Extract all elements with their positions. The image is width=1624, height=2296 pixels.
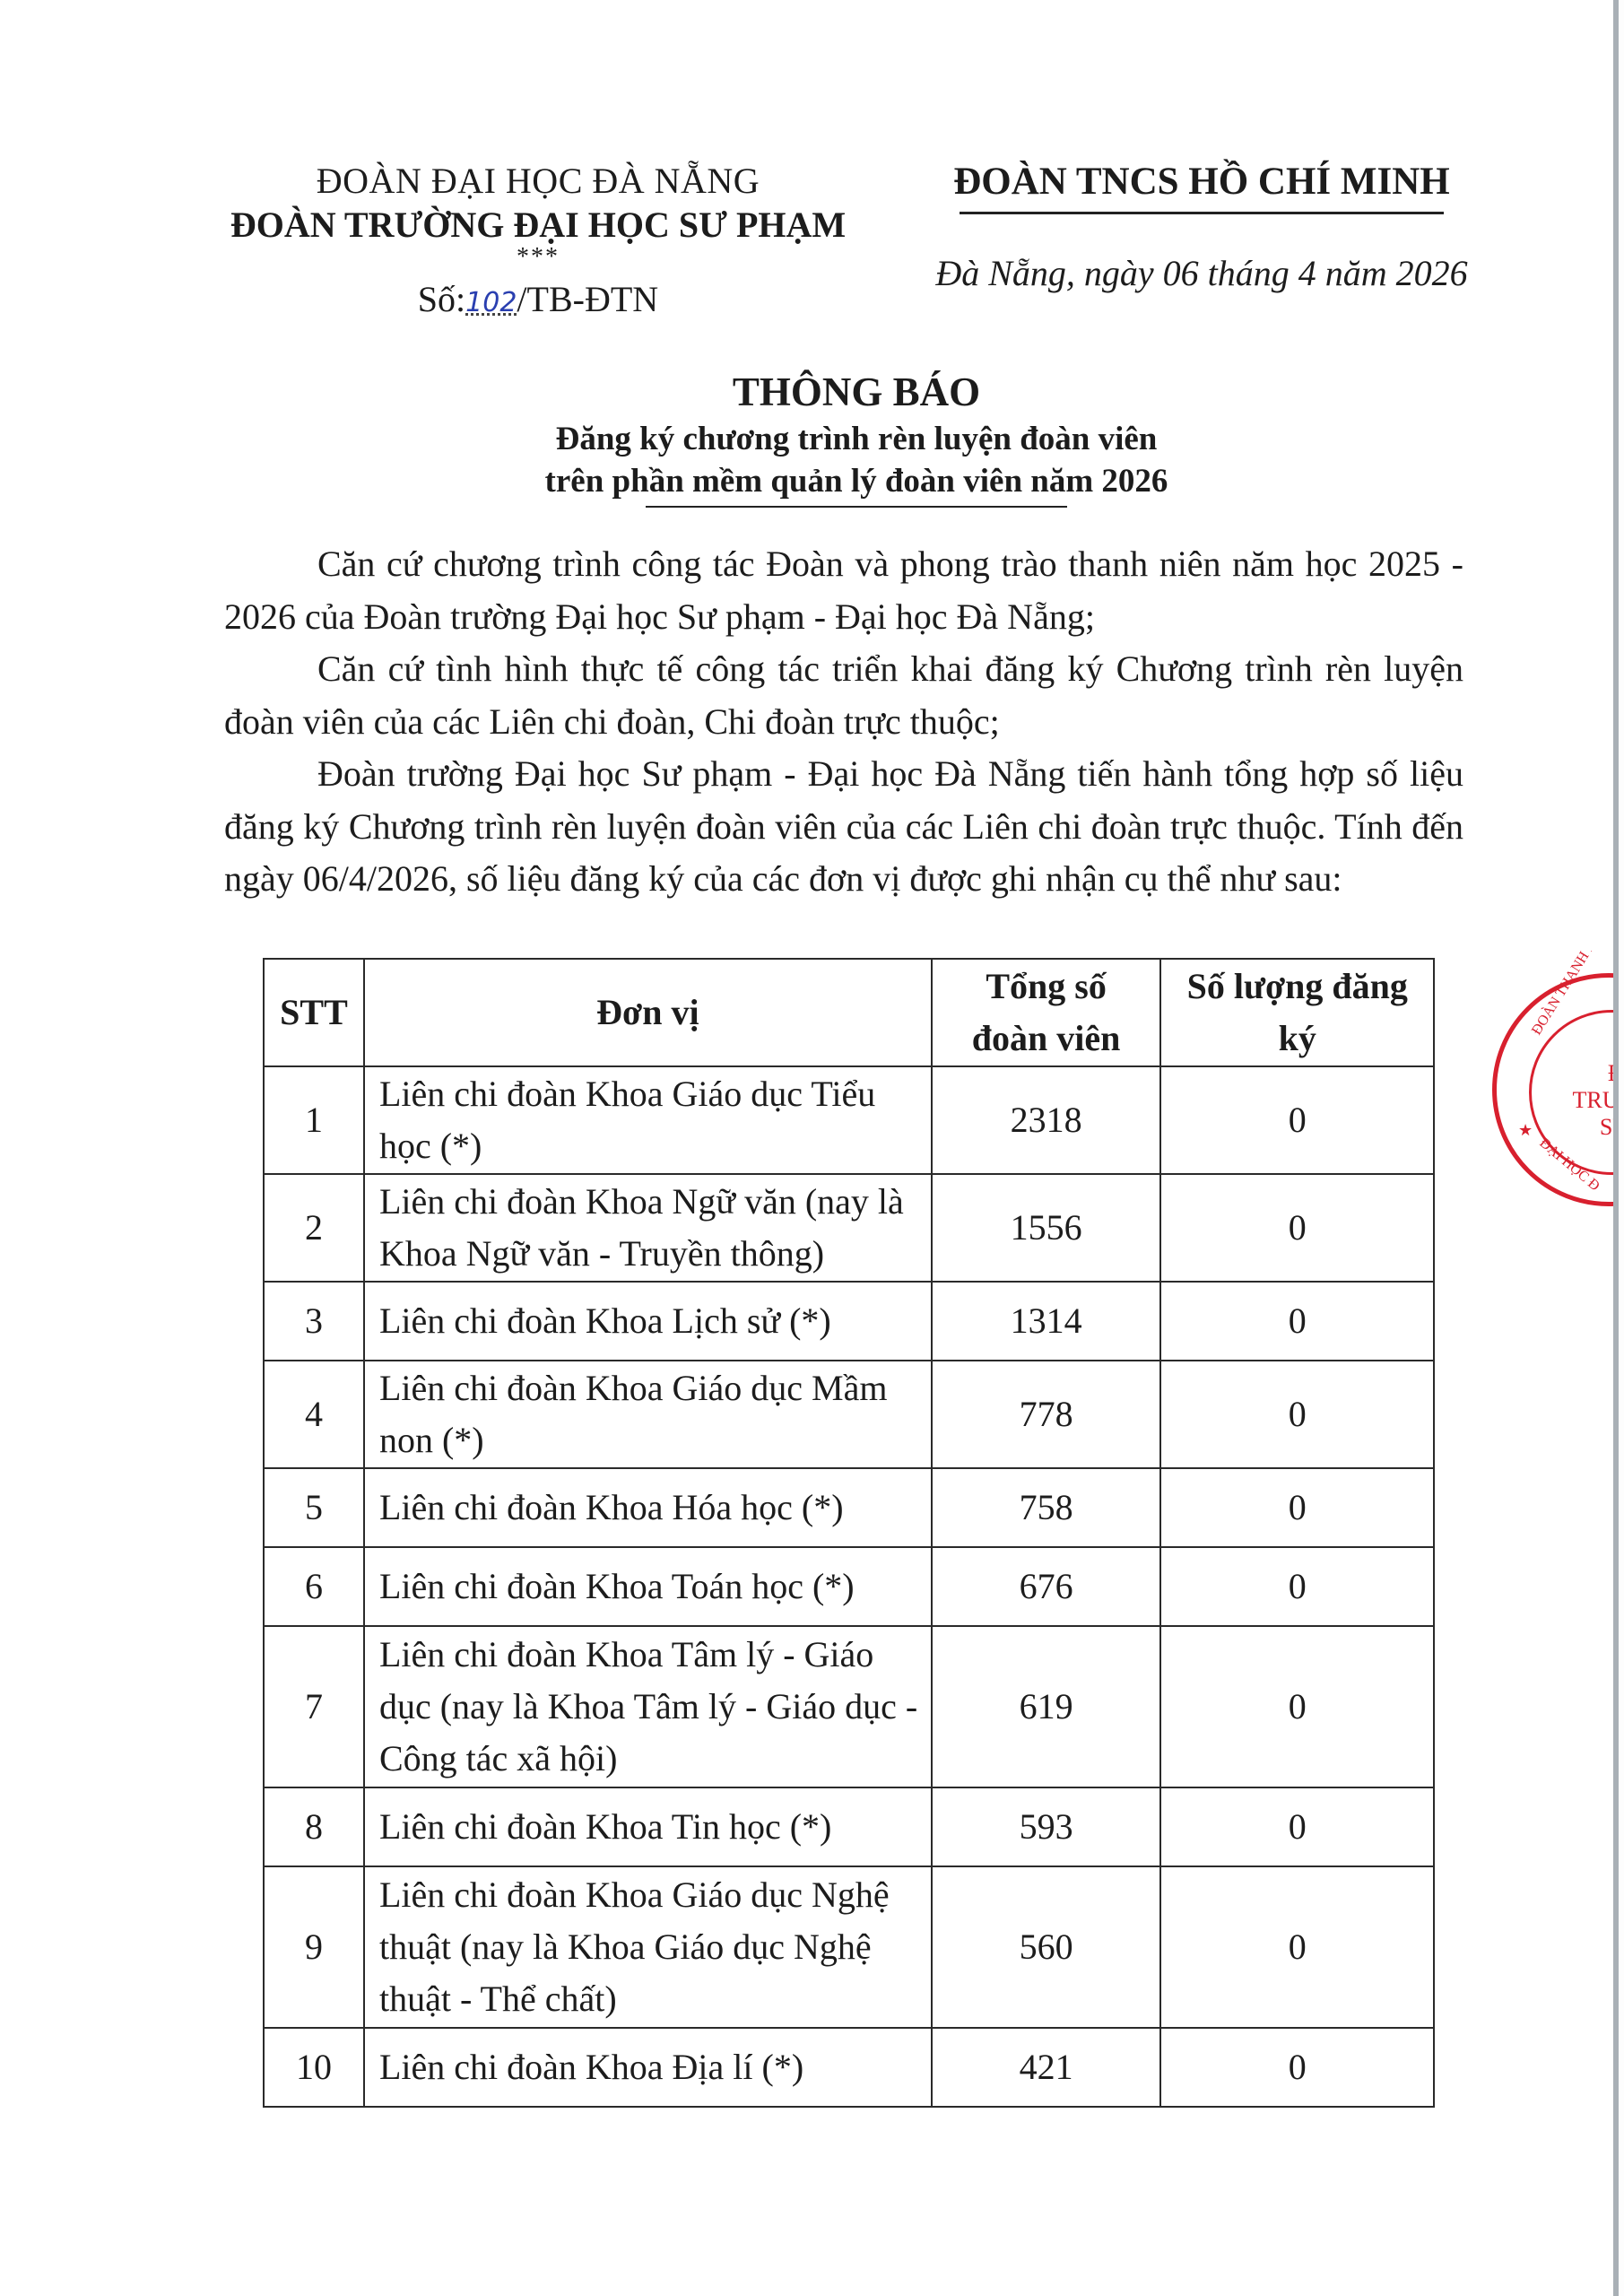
- doc-number-suffix: /TB-ĐTN: [517, 279, 658, 319]
- cell-unit: Liên chi đoàn Khoa Ngữ văn (nay là Khoa …: [364, 1174, 932, 1282]
- cell-unit: Liên chi đoàn Khoa Tin học (*): [364, 1787, 932, 1866]
- title-underline: [646, 506, 1067, 508]
- registration-table: STT Đơn vị Tổng số đoàn viên Số lượng đă…: [263, 958, 1435, 2108]
- cell-registered: 0: [1160, 1282, 1434, 1361]
- document-number: Số:102/TB-ĐTN: [206, 276, 870, 326]
- cell-total: 778: [932, 1361, 1161, 1468]
- cell-stt: 8: [264, 1787, 364, 1866]
- cell-stt: 6: [264, 1547, 364, 1626]
- seal-star-icon: ★: [1518, 1121, 1533, 1140]
- cell-registered: 0: [1160, 1361, 1434, 1468]
- cell-unit: Liên chi đoàn Khoa Giáo dục Mầm non (*): [364, 1361, 932, 1468]
- cell-stt: 1: [264, 1066, 364, 1174]
- organization-name: ĐOÀN TRƯỜNG ĐẠI HỌC SƯ PHẠM: [206, 203, 870, 248]
- cell-unit: Liên chi đoàn Khoa Lịch sử (*): [364, 1282, 932, 1361]
- cell-registered: 0: [1160, 1468, 1434, 1547]
- cell-stt: 10: [264, 2028, 364, 2107]
- table-header-row: STT Đơn vị Tổng số đoàn viên Số lượng đă…: [264, 959, 1434, 1066]
- cell-unit: Liên chi đoàn Khoa Toán học (*): [364, 1547, 932, 1626]
- header-total-members: Tổng số đoàn viên: [932, 959, 1161, 1066]
- parent-organization: ĐOÀN ĐẠI HỌC ĐÀ NẴNG: [206, 160, 870, 203]
- title-block: THÔNG BÁO Đăng ký chương trình rèn luyện…: [206, 366, 1507, 508]
- table-row: 5 Liên chi đoàn Khoa Hóa học (*) 758 0: [264, 1468, 1434, 1547]
- cell-stt: 2: [264, 1174, 364, 1282]
- doc-number-handwritten: 102: [465, 287, 517, 318]
- cell-stt: 9: [264, 1866, 364, 2028]
- cell-stt: 5: [264, 1468, 364, 1547]
- cell-stt: 4: [264, 1361, 364, 1468]
- header-stt: STT: [264, 959, 364, 1066]
- cell-unit: Liên chi đoàn Khoa Hóa học (*): [364, 1468, 932, 1547]
- header-unit: Đơn vị: [364, 959, 932, 1066]
- cell-registered: 0: [1160, 1626, 1434, 1787]
- doc-number-prefix: Số:: [418, 279, 465, 319]
- cell-registered: 0: [1160, 2028, 1434, 2107]
- document-subtitle-line1: Đăng ký chương trình rèn luyện đoàn viên: [206, 418, 1507, 460]
- cell-total: 676: [932, 1547, 1161, 1626]
- paragraph: Căn cứ chương trình công tác Đoàn và pho…: [224, 538, 1463, 643]
- seal-center-text: BC ĐOÀ TRƯỜNG Đ SƯ PH: [1543, 1033, 1613, 1141]
- cell-unit: Liên chi đoàn Khoa Địa lí (*): [364, 2028, 932, 2107]
- table-row: 10 Liên chi đoàn Khoa Địa lí (*) 421 0: [264, 2028, 1434, 2107]
- cell-total: 421: [932, 2028, 1161, 2107]
- party-name: ĐOÀN TNCS HỒ CHÍ MINH: [906, 160, 1498, 204]
- document-title: THÔNG BÁO: [206, 366, 1507, 418]
- date-line: Đà Nẵng, ngày 06 tháng 4 năm 2026: [906, 252, 1498, 295]
- table-row: 1 Liên chi đoàn Khoa Giáo dục Tiểu học (…: [264, 1066, 1434, 1174]
- cell-total: 619: [932, 1626, 1161, 1787]
- table-row: 6 Liên chi đoàn Khoa Toán học (*) 676 0: [264, 1547, 1434, 1626]
- cell-registered: 0: [1160, 1787, 1434, 1866]
- cell-unit: Liên chi đoàn Khoa Giáo dục Tiểu học (*): [364, 1066, 932, 1174]
- cell-total: 1314: [932, 1282, 1161, 1361]
- cell-stt: 7: [264, 1626, 364, 1787]
- seal-line: TRƯỜNG Đ: [1543, 1087, 1613, 1114]
- seal-line: BC: [1543, 1033, 1613, 1060]
- official-seal-stamp: ĐOÀN THANH NIÊN CỘ ★ ĐẠI HỌC Đ BC ĐOÀ TR…: [1492, 973, 1613, 1206]
- cell-registered: 0: [1160, 1174, 1434, 1282]
- seal-line: SƯ PH: [1543, 1114, 1613, 1141]
- table-row: 2 Liên chi đoàn Khoa Ngữ văn (nay là Kho…: [264, 1174, 1434, 1282]
- table-row: 3 Liên chi đoàn Khoa Lịch sử (*) 1314 0: [264, 1282, 1434, 1361]
- paragraph: Căn cứ tình hình thực tế công tác triển …: [224, 643, 1463, 748]
- party-underline: [960, 212, 1444, 214]
- body-text: Căn cứ chương trình công tác Đoàn và pho…: [224, 538, 1463, 906]
- cell-total: 2318: [932, 1066, 1161, 1174]
- cell-registered: 0: [1160, 1066, 1434, 1174]
- cell-total: 1556: [932, 1174, 1161, 1282]
- official-seal-clip: ĐOÀN THANH NIÊN CỘ ★ ĐẠI HỌC Đ BC ĐOÀ TR…: [1471, 951, 1613, 1238]
- table-row: 7 Liên chi đoàn Khoa Tâm lý - Giáo dục (…: [264, 1626, 1434, 1787]
- cell-total: 593: [932, 1787, 1161, 1866]
- cell-registered: 0: [1160, 1547, 1434, 1626]
- cell-total: 758: [932, 1468, 1161, 1547]
- header-registered-count: Số lượng đăng ký: [1160, 959, 1434, 1066]
- table-row: 8 Liên chi đoàn Khoa Tin học (*) 593 0: [264, 1787, 1434, 1866]
- separator-stars: ***: [206, 244, 870, 271]
- cell-total: 560: [932, 1866, 1161, 2028]
- table-row: 4 Liên chi đoàn Khoa Giáo dục Mầm non (*…: [264, 1361, 1434, 1468]
- page-edge: [1619, 0, 1624, 2296]
- cell-unit: Liên chi đoàn Khoa Tâm lý - Giáo dục (na…: [364, 1626, 932, 1787]
- document-subtitle-line2: trên phần mềm quản lý đoàn viên năm 2026: [206, 460, 1507, 502]
- cell-stt: 3: [264, 1282, 364, 1361]
- cell-registered: 0: [1160, 1866, 1434, 2028]
- header-right: ĐOÀN TNCS HỒ CHÍ MINH Đà Nẵng, ngày 06 t…: [906, 160, 1498, 295]
- header-left: ĐOÀN ĐẠI HỌC ĐÀ NẴNG ĐOÀN TRƯỜNG ĐẠI HỌC…: [206, 160, 870, 326]
- cell-unit: Liên chi đoàn Khoa Giáo dục Nghệ thuật (…: [364, 1866, 932, 2028]
- table-row: 9 Liên chi đoàn Khoa Giáo dục Nghệ thuật…: [264, 1866, 1434, 2028]
- seal-line: ĐOÀ: [1543, 1060, 1613, 1087]
- paragraph: Đoàn trường Đại học Sư phạm - Đại học Đà…: [224, 748, 1463, 906]
